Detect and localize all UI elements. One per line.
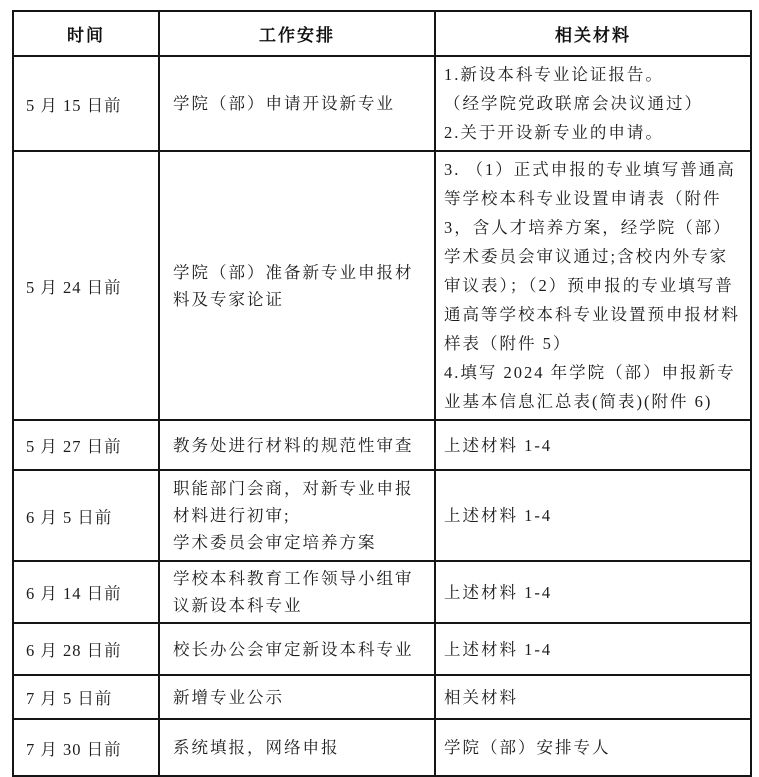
time-cell: 6 月 14 日前 xyxy=(13,561,159,623)
document-page: 时间 工作安排 相关材料 5 月 15 日前 学院（部）申请开设新专业 1.新设… xyxy=(0,0,759,765)
work-cell: 学院（部）申请开设新专业 xyxy=(159,56,435,151)
materials-cell: 上述材料 1-4 xyxy=(435,420,751,470)
material-item: 相关材料 xyxy=(444,683,746,712)
header-time: 时间 xyxy=(13,11,159,56)
time-cell: 5 月 24 日前 xyxy=(13,151,159,420)
work-text: 新增专业公示 xyxy=(173,684,428,711)
material-item: 上述材料 1-4 xyxy=(444,578,746,607)
table-row: 6 月 14 日前 学校本科教育工作领导小组审议新设本科专业 上述材料 1-4 xyxy=(13,561,751,623)
material-item: 学院（部）安排专人 xyxy=(444,733,746,762)
table-row: 6 月 5 日前 职能部门会商，对新专业申报材料进行初审; 学术委员会审定培养方… xyxy=(13,470,751,561)
work-text: 学院（部）准备新专业申报材料及专家论证 xyxy=(173,259,428,313)
header-work: 工作安排 xyxy=(159,11,435,56)
table-row: 5 月 24 日前 学院（部）准备新专业申报材料及专家论证 3. （1）正式申报… xyxy=(13,151,751,420)
work-text: 学校本科教育工作领导小组审议新设本科专业 xyxy=(173,565,428,619)
time-text: 5 月 27 日前 xyxy=(26,433,156,457)
time-text: 6 月 14 日前 xyxy=(26,580,156,604)
material-item: （经学院党政联席会决议通过） xyxy=(444,89,746,118)
material-item: 4.填写 2024 年学院（部）申报新专业基本信息汇总表(简表)(附件 6) xyxy=(444,358,746,416)
work-cell: 教务处进行材料的规范性审查 xyxy=(159,420,435,470)
table-header-row: 时间 工作安排 相关材料 xyxy=(13,11,751,56)
table-row: 6 月 28 日前 校长办公会审定新设本科专业 上述材料 1-4 xyxy=(13,623,751,675)
material-item: 上述材料 1-4 xyxy=(444,501,746,530)
work-text: 系统填报，网络申报 xyxy=(173,734,428,761)
work-cell: 学院（部）准备新专业申报材料及专家论证 xyxy=(159,151,435,420)
materials-cell: 上述材料 1-4 xyxy=(435,470,751,561)
work-text: 职能部门会商，对新专业申报材料进行初审; xyxy=(173,475,428,529)
table-row: 7 月 30 日前 系统填报，网络申报 学院（部）安排专人 xyxy=(13,719,751,776)
header-materials: 相关材料 xyxy=(435,11,751,56)
table-row: 7 月 5 日前 新增专业公示 相关材料 xyxy=(13,675,751,719)
time-cell: 7 月 30 日前 xyxy=(13,719,159,776)
material-item: 上述材料 1-4 xyxy=(444,635,746,664)
materials-cell: 相关材料 xyxy=(435,675,751,719)
work-text: 学院（部）申请开设新专业 xyxy=(173,90,428,117)
materials-cell: 上述材料 1-4 xyxy=(435,561,751,623)
work-text: 学术委员会审定培养方案 xyxy=(173,529,428,556)
time-text: 7 月 5 日前 xyxy=(26,685,156,709)
work-cell: 学校本科教育工作领导小组审议新设本科专业 xyxy=(159,561,435,623)
time-cell: 6 月 5 日前 xyxy=(13,470,159,561)
work-cell: 职能部门会商，对新专业申报材料进行初审; 学术委员会审定培养方案 xyxy=(159,470,435,561)
time-cell: 5 月 27 日前 xyxy=(13,420,159,470)
work-text: 教务处进行材料的规范性审查 xyxy=(173,432,428,459)
material-item: 3. （1）正式申报的专业填写普通高等学校本科专业设置申请表（附件 3，含人才培… xyxy=(444,155,746,358)
work-cell: 校长办公会审定新设本科专业 xyxy=(159,623,435,675)
time-text: 6 月 28 日前 xyxy=(26,637,156,661)
materials-cell: 1.新设本科专业论证报告。 （经学院党政联席会决议通过） 2.关于开设新专业的申… xyxy=(435,56,751,151)
time-cell: 6 月 28 日前 xyxy=(13,623,159,675)
time-text: 7 月 30 日前 xyxy=(26,736,156,760)
materials-cell: 上述材料 1-4 xyxy=(435,623,751,675)
material-item: 2.关于开设新专业的申请。 xyxy=(444,118,746,147)
table-row: 5 月 27 日前 教务处进行材料的规范性审查 上述材料 1-4 xyxy=(13,420,751,470)
schedule-table: 时间 工作安排 相关材料 5 月 15 日前 学院（部）申请开设新专业 1.新设… xyxy=(12,10,752,777)
time-text: 5 月 15 日前 xyxy=(26,92,156,116)
time-cell: 7 月 5 日前 xyxy=(13,675,159,719)
material-item: 1.新设本科专业论证报告。 xyxy=(444,60,746,89)
material-item: 上述材料 1-4 xyxy=(444,431,746,460)
work-cell: 新增专业公示 xyxy=(159,675,435,719)
time-text: 5 月 24 日前 xyxy=(26,274,156,298)
materials-cell: 3. （1）正式申报的专业填写普通高等学校本科专业设置申请表（附件 3，含人才培… xyxy=(435,151,751,420)
table-row: 5 月 15 日前 学院（部）申请开设新专业 1.新设本科专业论证报告。 （经学… xyxy=(13,56,751,151)
work-cell: 系统填报，网络申报 xyxy=(159,719,435,776)
time-cell: 5 月 15 日前 xyxy=(13,56,159,151)
time-text: 6 月 5 日前 xyxy=(26,504,156,528)
materials-cell: 学院（部）安排专人 xyxy=(435,719,751,776)
work-text: 校长办公会审定新设本科专业 xyxy=(173,636,428,663)
